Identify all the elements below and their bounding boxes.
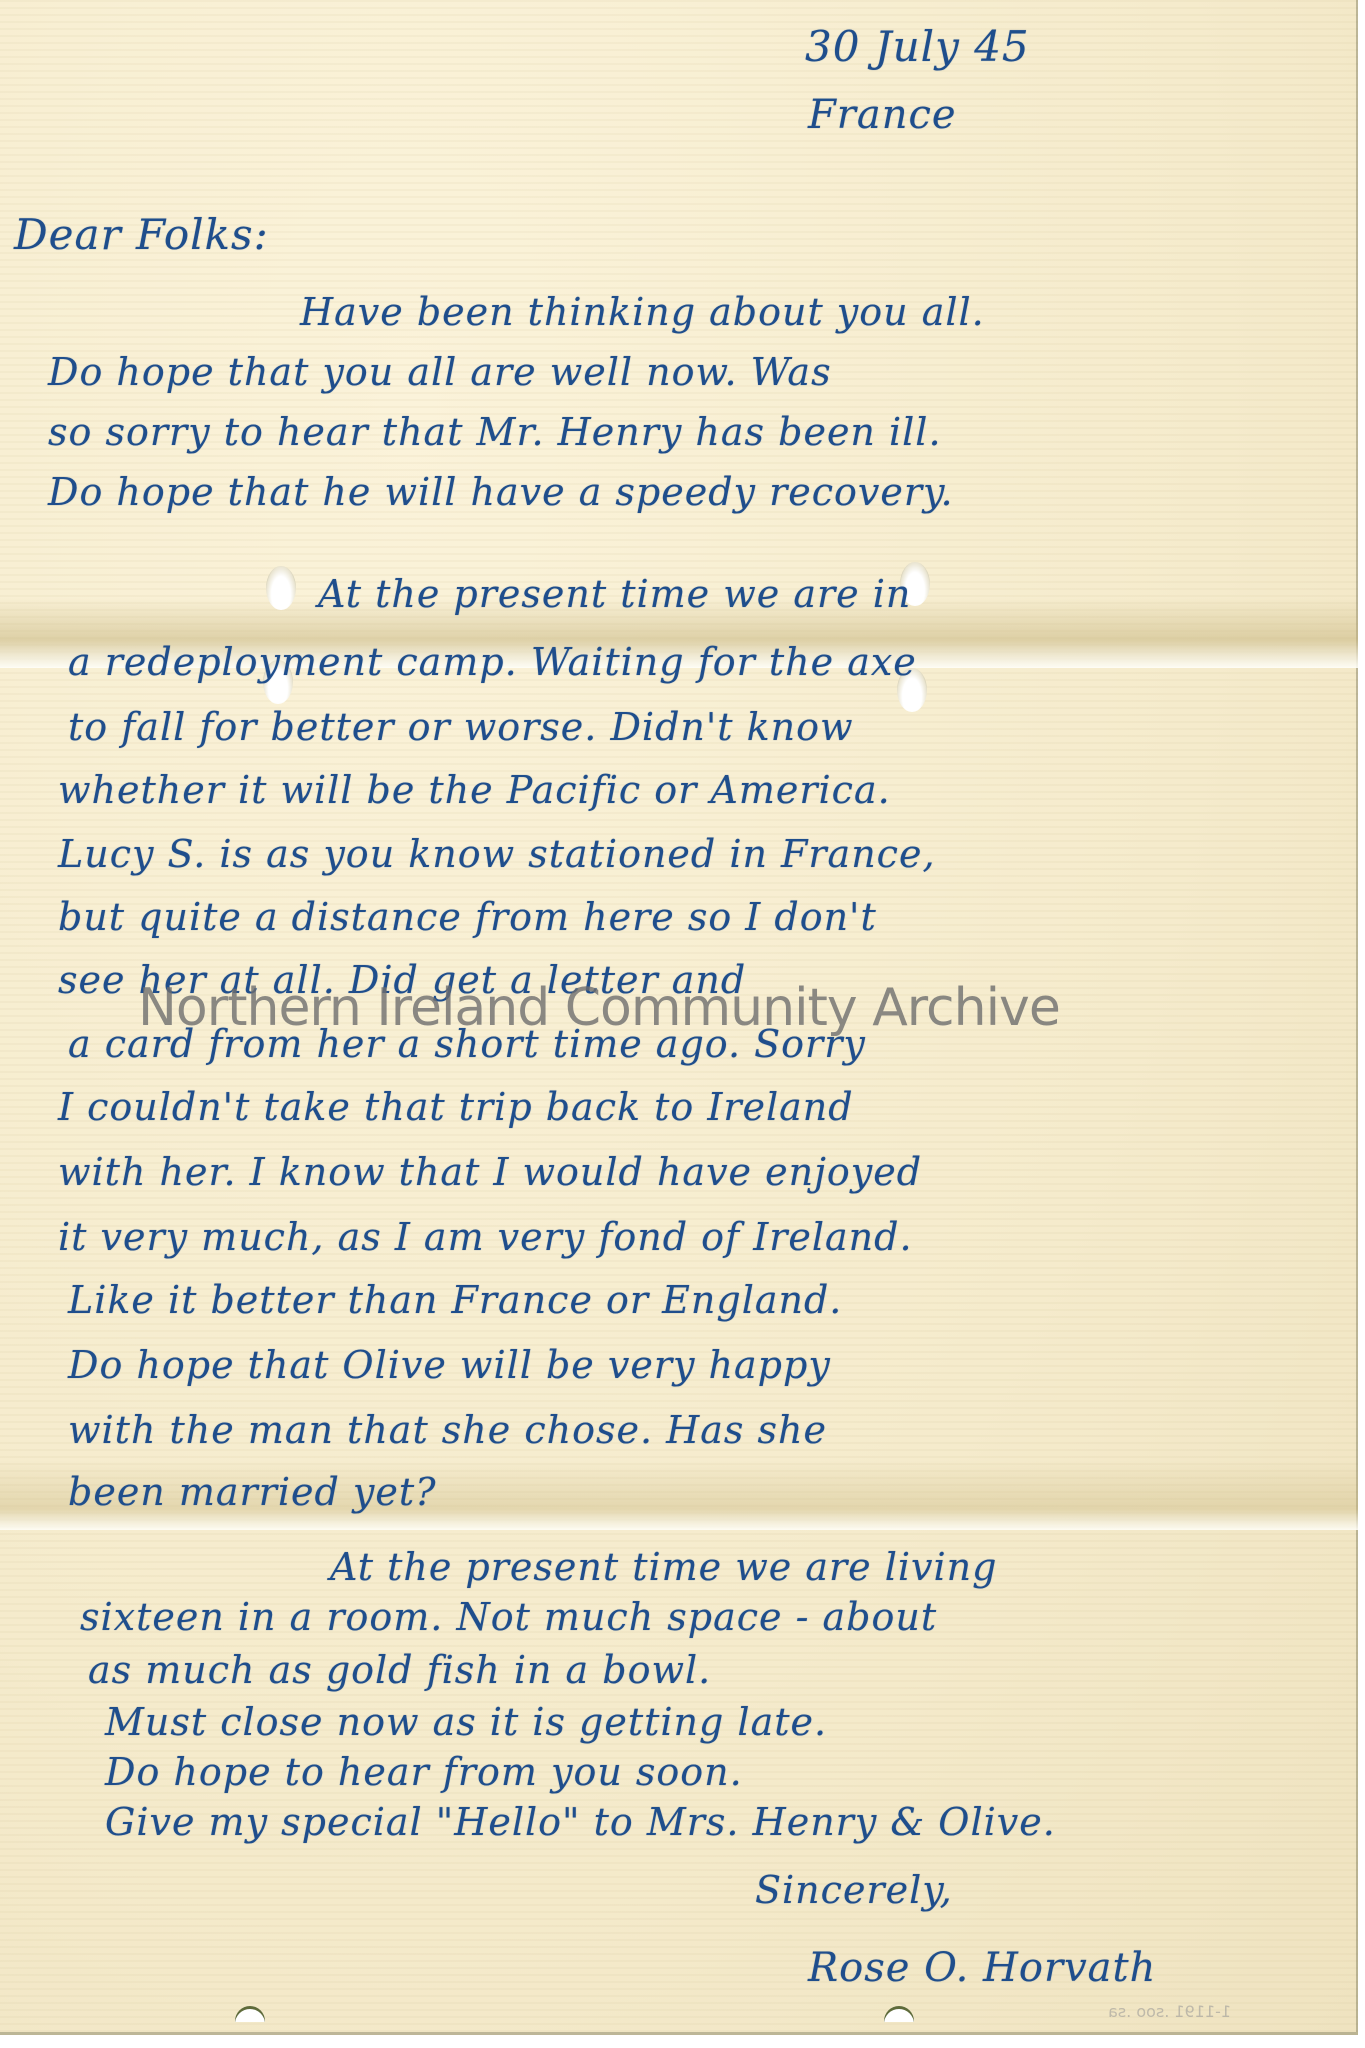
letter-line: Give my special "Hello" to Mrs. Henry & … xyxy=(105,1800,1056,1844)
letter-line: I couldn't take that trip back to Irelan… xyxy=(58,1085,854,1129)
letter-signature: Rose O. Horvath xyxy=(808,1945,1156,1991)
letter-line: Do hope that Olive will be very happy xyxy=(68,1343,831,1387)
letter-line: Do hope that he will have a speedy recov… xyxy=(48,470,954,514)
letter-line: sixteen in a room. Not much space - abou… xyxy=(80,1595,937,1639)
letter-line: At the present time we are in xyxy=(318,572,911,616)
letter-line: a redeployment camp. Waiting for the axe xyxy=(68,640,917,684)
letter-line: Lucy S. is as you know stationed in Fran… xyxy=(58,832,936,876)
letter-line: Must close now as it is getting late. xyxy=(105,1700,827,1744)
letter-place: France xyxy=(808,92,957,138)
letter-line: but quite a distance from here so I don'… xyxy=(58,895,877,939)
archive-watermark: Northern Ireland Community Archive xyxy=(138,978,1060,1038)
letter-closing: Sincerely, xyxy=(755,1868,953,1912)
letter-line: Do hope that you all are well now. Was xyxy=(48,350,832,394)
letter-line: whether it will be the Pacific or Americ… xyxy=(58,768,891,812)
letter-line: with her. I know that I would have enjoy… xyxy=(58,1150,922,1194)
letter-line: At the present time we are living xyxy=(330,1545,997,1589)
letter-line: Like it better than France or England. xyxy=(68,1278,842,1322)
letter-line: been married yet? xyxy=(68,1470,437,1514)
letter-date: 30 July 45 xyxy=(805,22,1030,71)
letter-line: it very much, as I am very fond of Irela… xyxy=(58,1215,913,1259)
letter-line: Have been thinking about you all. xyxy=(300,290,985,334)
punch-hole xyxy=(266,566,296,610)
archive-stamp: 1-1191 .soo .sa xyxy=(1108,2002,1231,2021)
letter-salutation: Dear Folks: xyxy=(14,210,269,259)
letter-line: Do hope to hear from you soon. xyxy=(105,1750,743,1794)
bottom-notch xyxy=(884,2006,914,2022)
letter-line: with the man that she chose. Has she xyxy=(68,1408,827,1452)
bottom-notch xyxy=(235,2006,265,2022)
letter-line: as much as gold fish in a bowl. xyxy=(88,1648,711,1692)
letter-line: to fall for better or worse. Didn't know xyxy=(68,705,854,749)
letter-line: so sorry to hear that Mr. Henry has been… xyxy=(48,410,942,454)
